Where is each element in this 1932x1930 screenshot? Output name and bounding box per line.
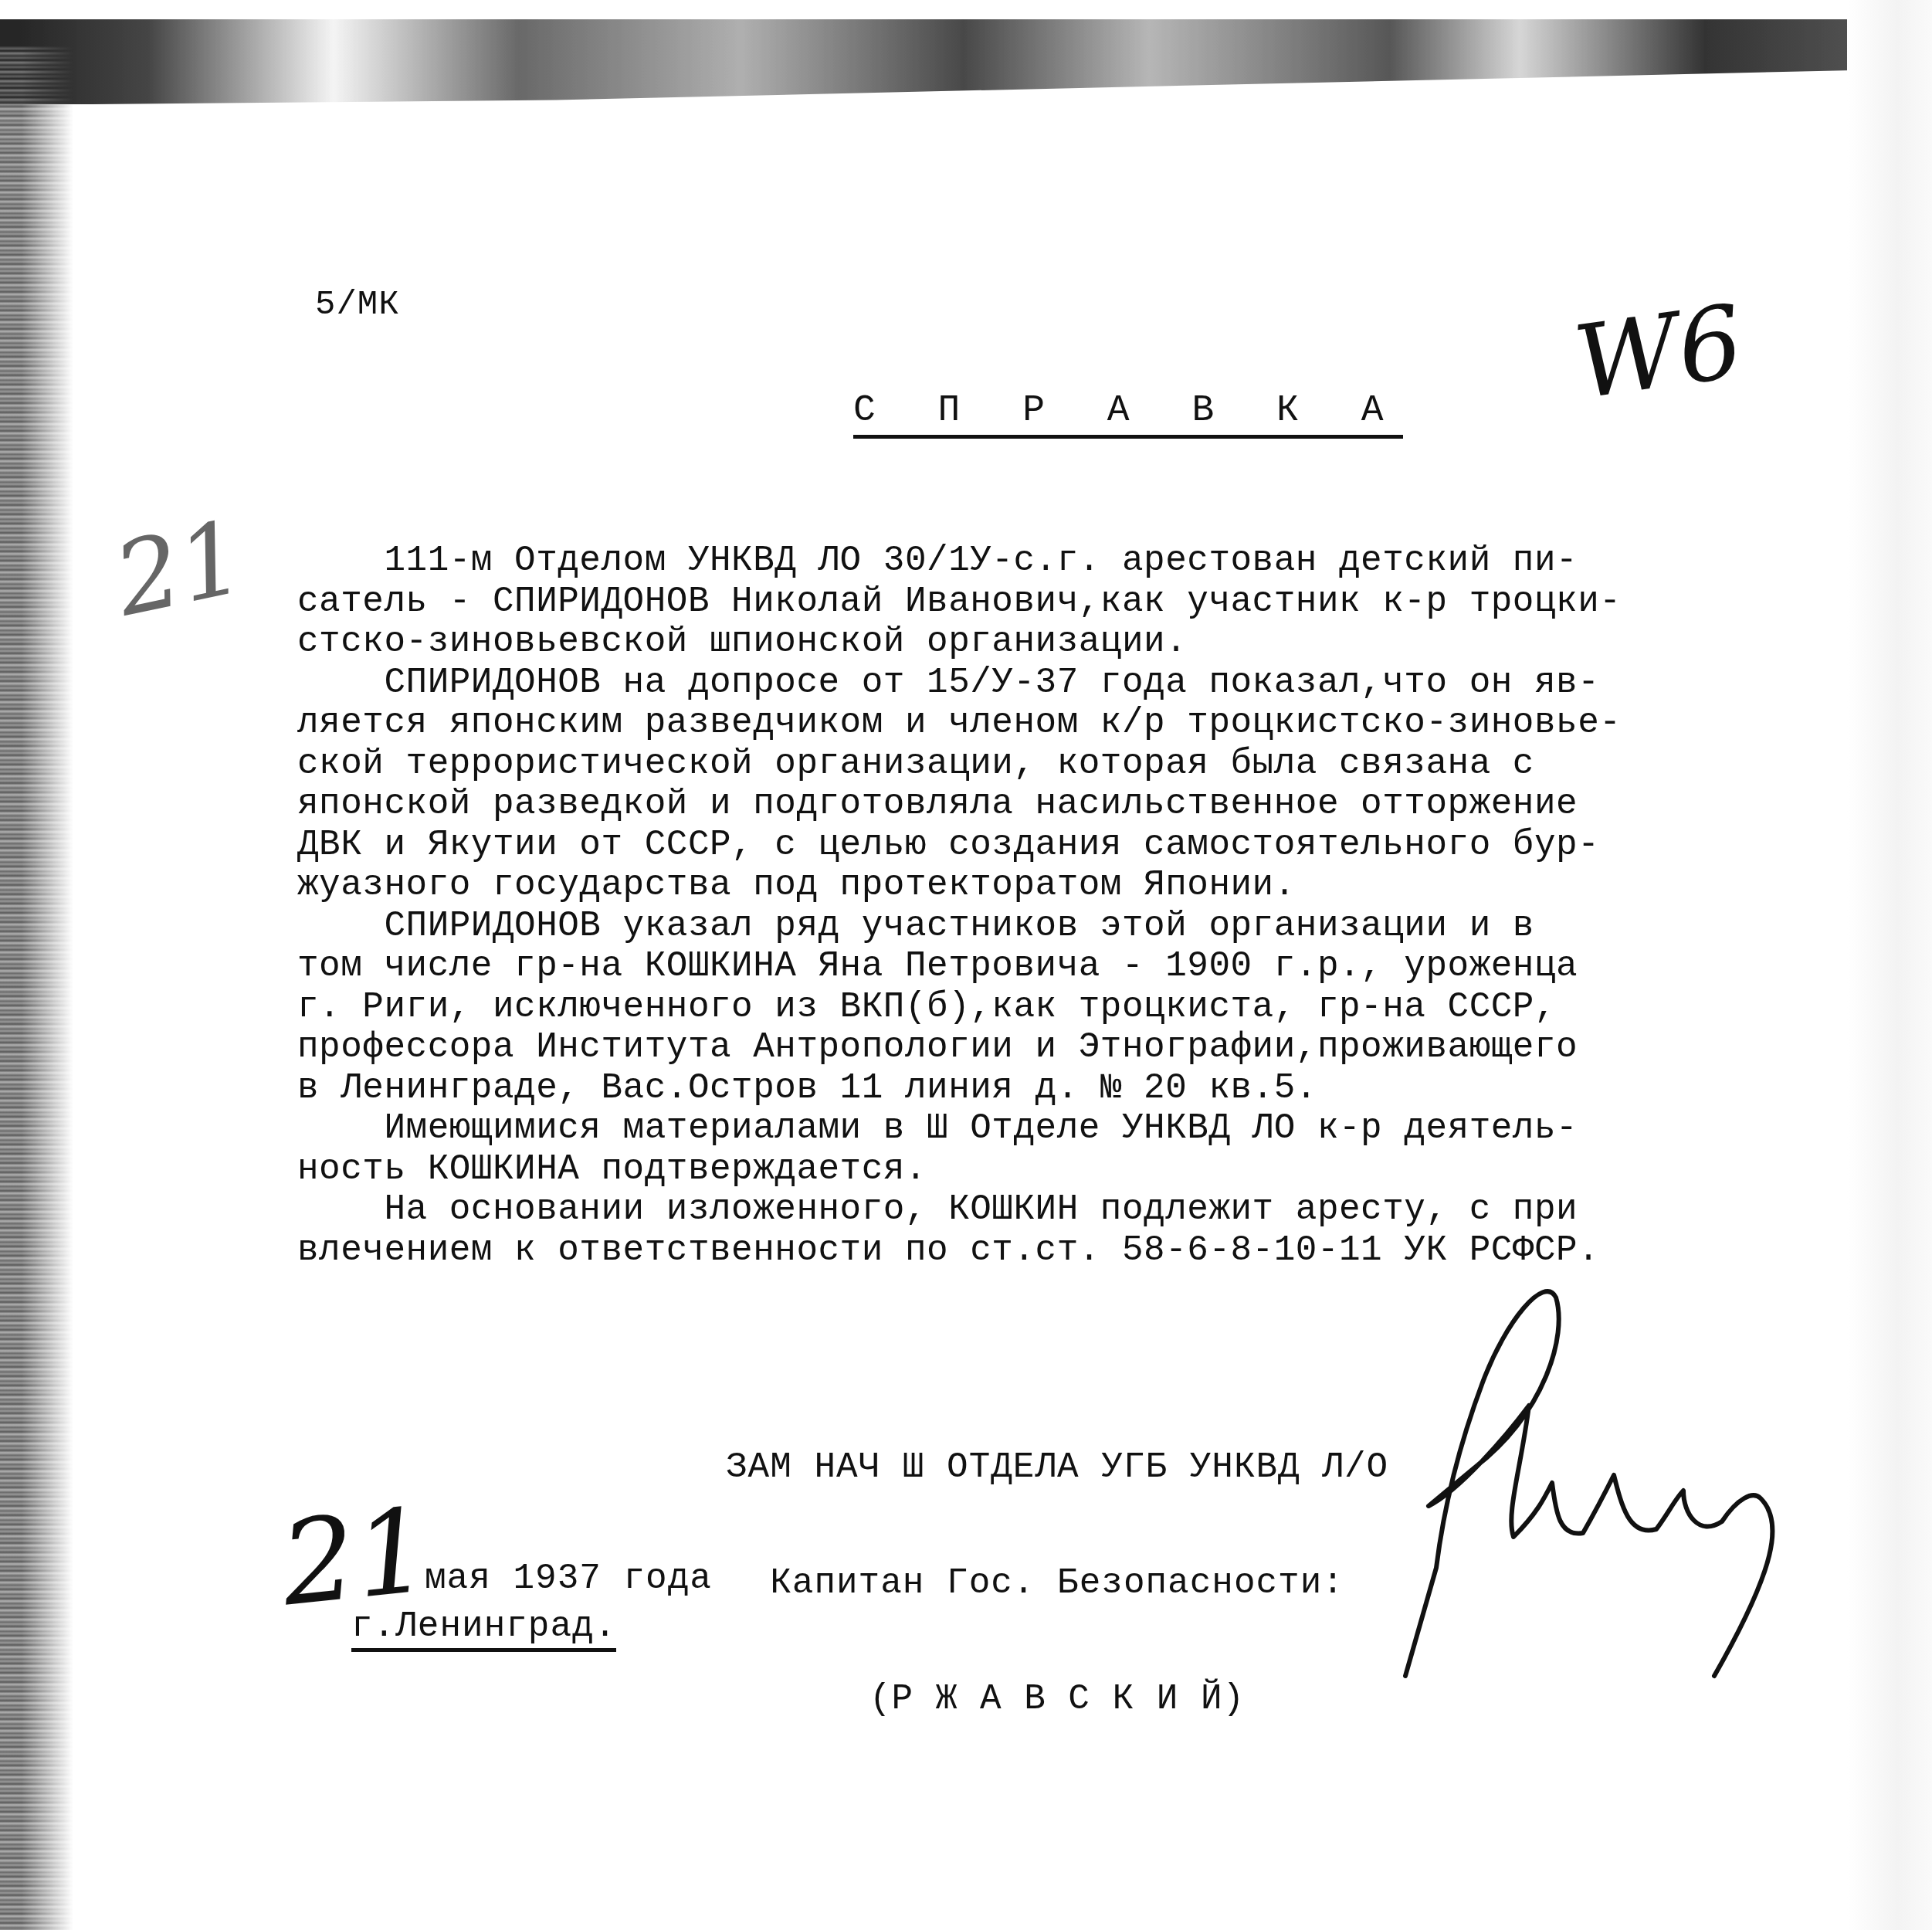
body-line: СПИРИДОНОВ на допросе от 15/У-37 года по… xyxy=(297,663,1849,704)
page-edge-right xyxy=(1847,0,1932,1930)
body-line: ской террористической организации, котор… xyxy=(297,744,1849,785)
handwritten-signature xyxy=(1390,1243,1853,1722)
reference-number: 5/МК xyxy=(315,286,400,324)
body-line: г. Риги, исключенного из ВКП(б),как троц… xyxy=(297,987,1849,1028)
handwritten-mark-top-right: W6 xyxy=(1568,283,1749,422)
body-line: том числе гр-на КОШКИНА Яна Петровича - … xyxy=(297,946,1849,987)
signatory-name: (Р Ж А В С К И Й) xyxy=(726,1680,1388,1718)
signatory-position: ЗАМ НАЧ Ш ОТДЕЛА УГБ УНКВД Л/О xyxy=(726,1448,1388,1487)
body-line: Имеющимися материалами в Ш Отделе УНКВД … xyxy=(297,1108,1849,1149)
body-line: стско-зиновьевской шпионской организации… xyxy=(297,622,1849,663)
body-line: ДВК и Якутии от СССР, с целью создания с… xyxy=(297,825,1849,866)
place-line: г.Ленинград. xyxy=(351,1606,616,1652)
body-line: японской разведкой и подготовляла насиль… xyxy=(297,784,1849,825)
body-line: ность КОШКИНА подтверждается. xyxy=(297,1149,1849,1190)
body-line: 111-м Отделом УНКВД ЛО 30/1У-с.г. аресто… xyxy=(297,541,1849,582)
handwritten-mark-left-margin: 21 xyxy=(105,497,254,639)
body-line: СПИРИДОНОВ указал ряд участников этой ор… xyxy=(297,906,1849,947)
body-line: профессора Института Антропологии и Этно… xyxy=(297,1027,1849,1068)
signature-block: ЗАМ НАЧ Ш ОТДЕЛА УГБ УНКВД Л/О Капитан Г… xyxy=(726,1371,1388,1757)
body-line: ляется японским разведчиком и членом к/р… xyxy=(297,703,1849,744)
scan-shadow-left xyxy=(0,46,73,1930)
scan-highlight-strip xyxy=(46,108,1853,162)
body-line: в Ленинграде, Вас.Остров 11 линия д. № 2… xyxy=(297,1068,1849,1109)
body-line: жуазного государства под протекторатом Я… xyxy=(297,865,1849,906)
signatory-rank: Капитан Гос. Безопасности: xyxy=(726,1564,1388,1603)
body-line: На основании изложенного, КОШКИН подлежи… xyxy=(297,1189,1849,1230)
scan-shadow-top xyxy=(0,19,1853,104)
document-body: 111-м Отделом УНКВД ЛО 30/1У-с.г. аресто… xyxy=(297,541,1849,1270)
document-title: С П Р А В К А xyxy=(853,390,1403,439)
date-line: мая 1937 года xyxy=(425,1559,712,1599)
body-line: сатель - СПИРИДОНОВ Николай Иванович,как… xyxy=(297,582,1849,622)
